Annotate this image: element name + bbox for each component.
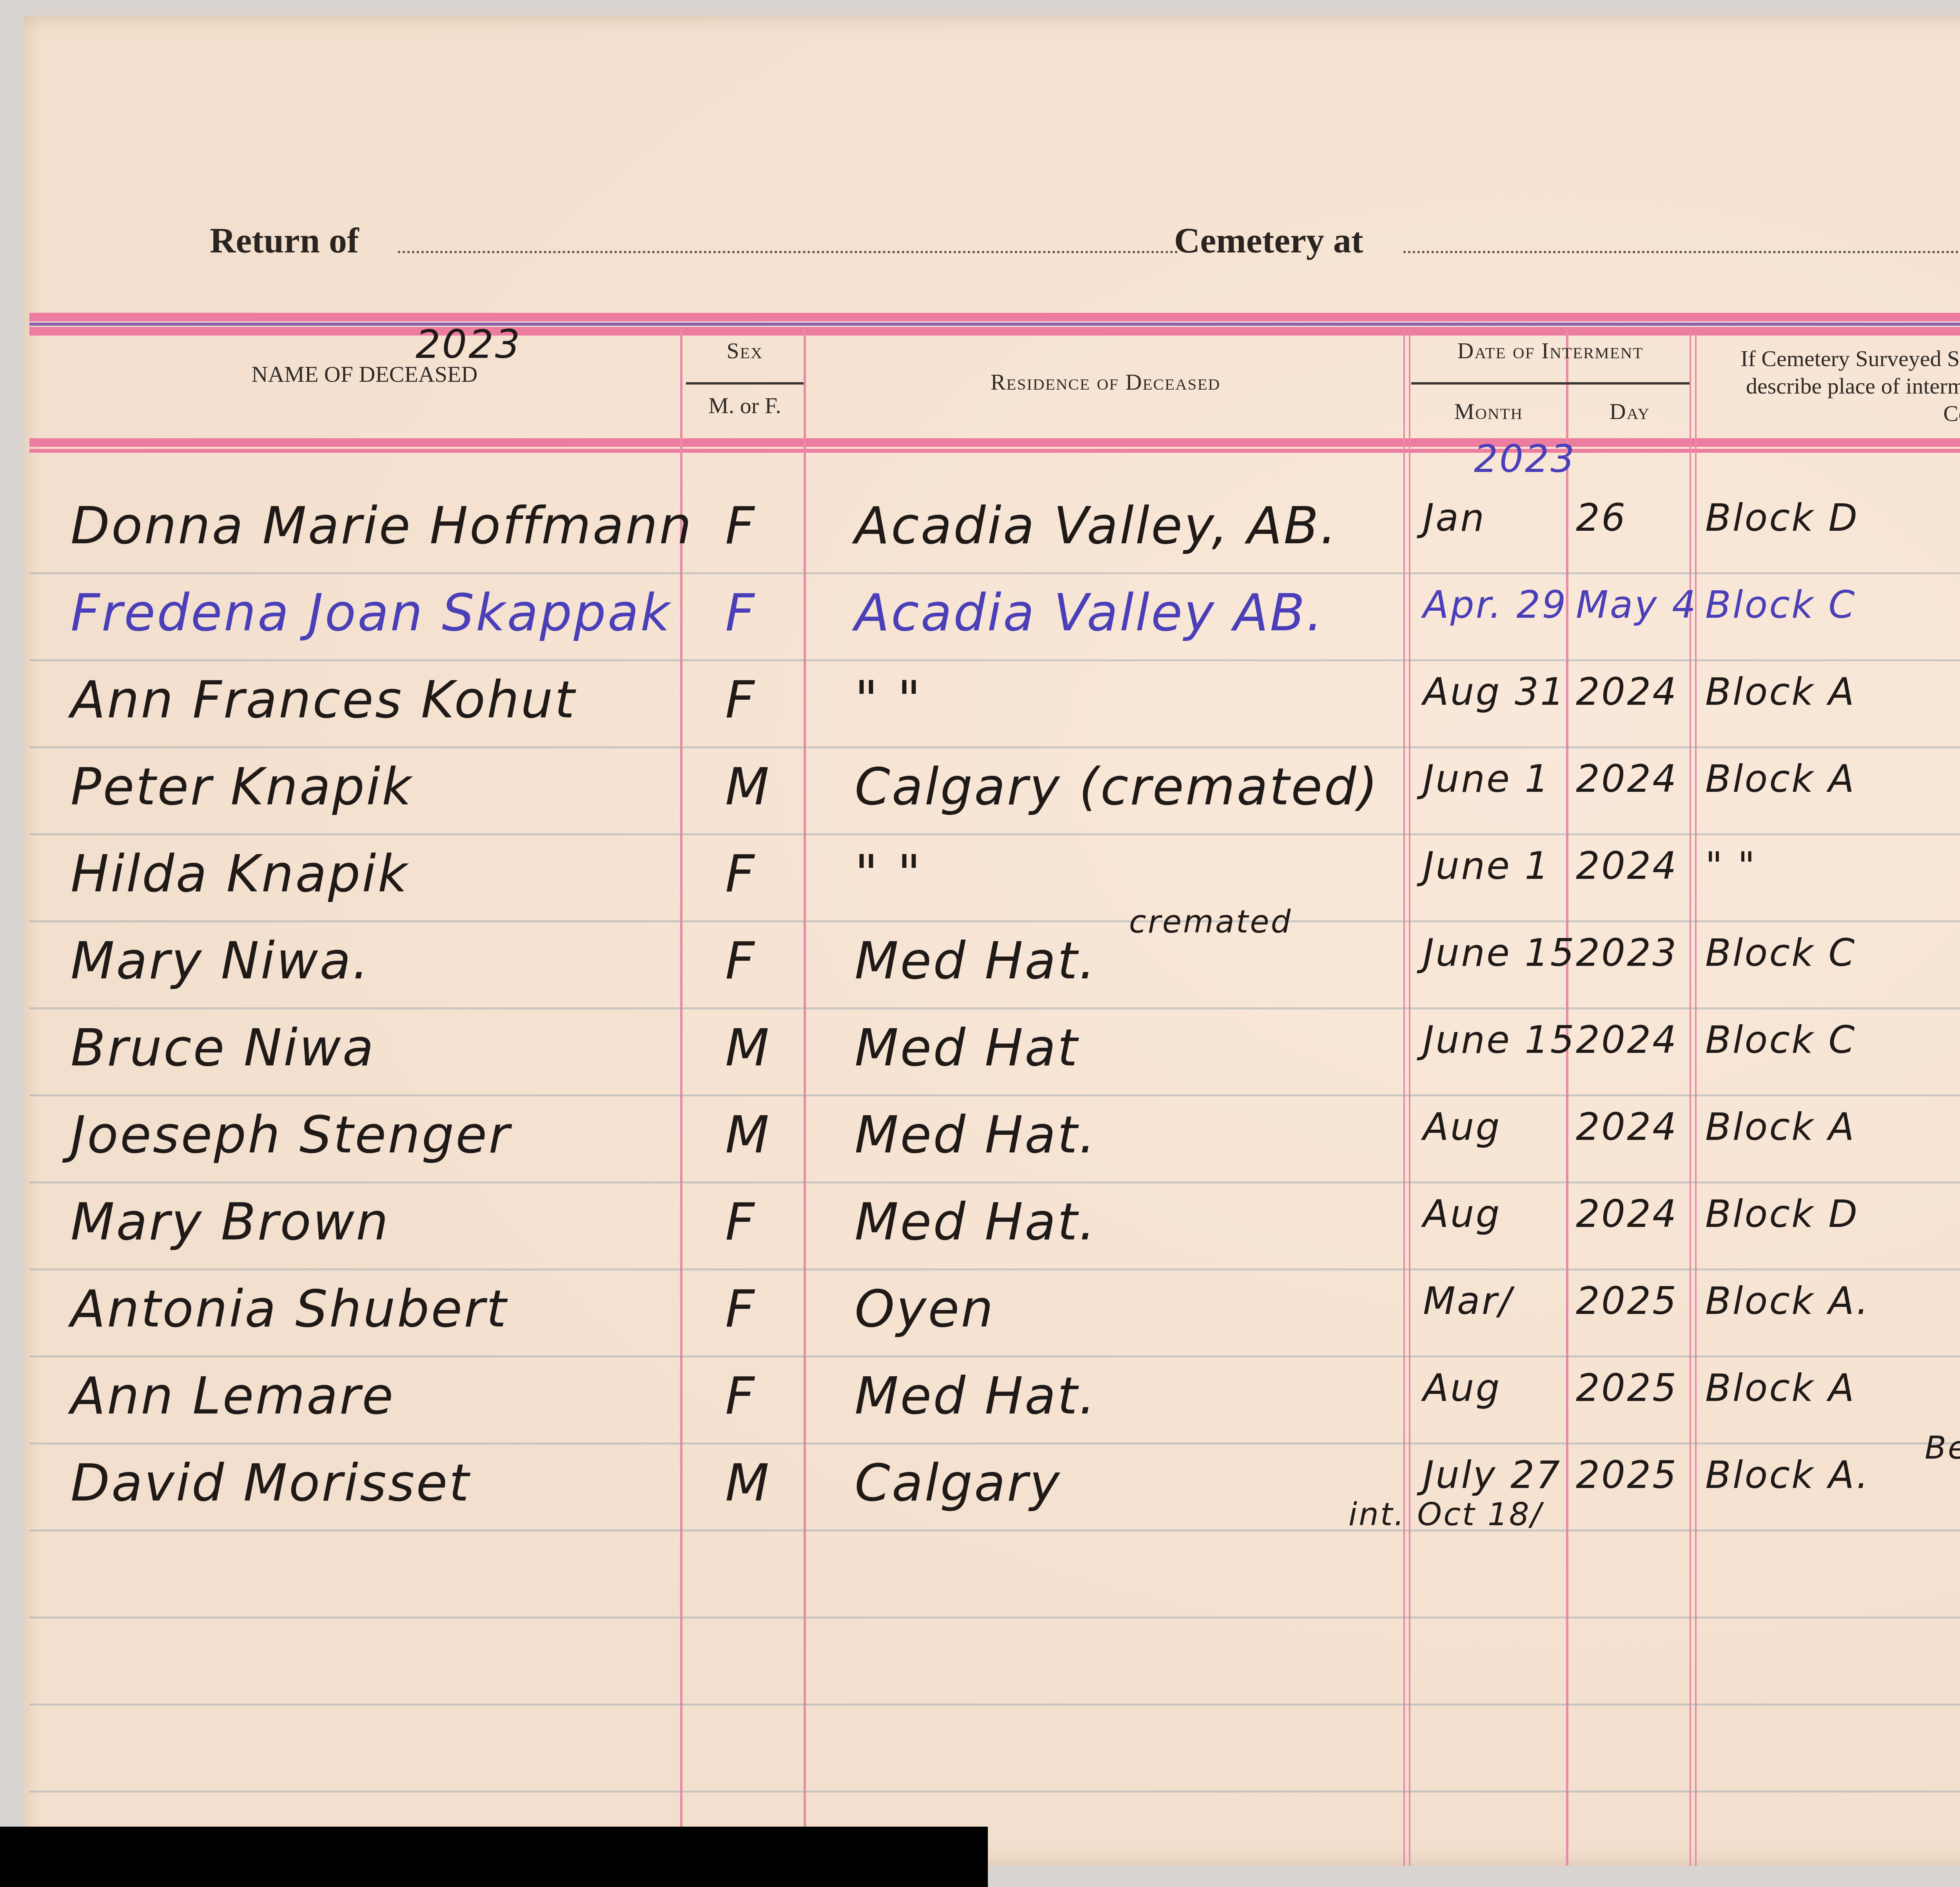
entry-month: Aug: [1423, 1105, 1501, 1149]
entry-block: Block A.: [1705, 1279, 1870, 1323]
entry-residence: Acadia Valley AB.: [855, 583, 1324, 642]
col-lot-heading: If Cemetery Surveyed State Number of Lot…: [1705, 345, 1960, 427]
form-title-line: Return of Cemetery at for Quarter ending…: [24, 212, 1960, 255]
return-of-label: Return of: [210, 220, 359, 261]
entry-month: June 15: [1423, 1018, 1576, 1062]
entry-month: Aug: [1423, 1366, 1501, 1410]
entry-block: Block D: [1705, 1192, 1859, 1236]
entry-block: Block A: [1705, 757, 1856, 801]
entry-name: Mary Niwa.: [71, 931, 370, 991]
entry-day: 2024: [1576, 1192, 1678, 1236]
entry-plot-note: Between: [1925, 1430, 1960, 1466]
writing-line: [29, 1704, 1960, 1706]
entry-residence: " ": [855, 844, 922, 904]
entry-sex: M: [725, 1018, 771, 1078]
entry-name: Joeseph Stenger: [71, 1105, 511, 1165]
rule-sex-residence: [804, 329, 806, 1866]
writing-line: [29, 1094, 1960, 1096]
entry-day: 2025: [1576, 1453, 1678, 1497]
entry-residence: Oyen: [855, 1279, 995, 1339]
entry-month: June 15: [1423, 931, 1576, 975]
entry-day: 2023: [1576, 931, 1678, 975]
writing-line: [29, 659, 1960, 661]
col-day-heading: Day: [1570, 398, 1690, 425]
date-year-note: 2023: [1474, 437, 1576, 481]
entry-day: 2024: [1576, 1105, 1678, 1149]
entry-sex: F: [725, 1192, 756, 1252]
redaction-bar: [0, 1827, 988, 1887]
entry-name: Ann Lemare: [71, 1366, 395, 1426]
entry-day: 2024: [1576, 1018, 1678, 1062]
rule-month-day: [1566, 329, 1568, 1866]
entry-sex: M: [725, 1105, 771, 1165]
header-top-rule: [29, 313, 1960, 321]
entry-block: Block A: [1705, 1105, 1856, 1149]
entry-name: Hilda Knapik: [71, 844, 409, 904]
entry-day: 2025: [1576, 1279, 1678, 1323]
entry-sex: F: [725, 931, 756, 991]
col-name-year-note: 2023: [416, 321, 522, 367]
entry-residence: Acadia Valley, AB.: [855, 496, 1338, 555]
entry-residence: Med Hat.: [855, 1105, 1097, 1165]
entry-residence: Calgary (cremated): [855, 757, 1379, 816]
entry-day: 2024: [1576, 670, 1678, 714]
rule-residence-date: [1403, 329, 1405, 1866]
cemetery-at-label: Cemetery at: [1174, 220, 1363, 261]
entry-month: July 27: [1423, 1453, 1561, 1497]
entry-month: June 1: [1423, 757, 1550, 801]
entry-sex: F: [725, 496, 756, 555]
header-bottom-rule-lower: [29, 449, 1960, 453]
entry-block: Block A: [1705, 670, 1856, 714]
entry-block: Block D: [1705, 496, 1859, 540]
entry-sex: M: [725, 757, 771, 816]
entry-month: Jan: [1423, 496, 1486, 540]
entry-sex: F: [725, 670, 756, 729]
entry-day: 26: [1576, 496, 1627, 540]
col-sex-subheading: M. or F.: [686, 392, 804, 419]
entry-name: Donna Marie Hoffmann: [71, 496, 693, 555]
writing-line: [29, 572, 1960, 574]
entry-residence: Med Hat.: [855, 931, 1097, 991]
writing-line: [29, 1442, 1960, 1444]
entry-name: Bruce Niwa: [71, 1018, 375, 1078]
col-date-heading: Date of Interment: [1411, 337, 1690, 365]
writing-line: [29, 1007, 1960, 1009]
entry-month: Aug 31: [1423, 670, 1566, 714]
writing-line: [29, 1530, 1960, 1531]
entry-sex: M: [725, 1453, 771, 1513]
col-residence-heading: Residence of Deceased: [811, 368, 1399, 396]
writing-line: [29, 1181, 1960, 1183]
entry-day: May 4: [1576, 583, 1697, 627]
entry-residence: Calgary: [855, 1453, 1061, 1513]
cemetery-at-blank: [1403, 251, 1960, 253]
header-top-rule-accent: [29, 323, 1960, 326]
entry-residence: Med Hat.: [855, 1366, 1097, 1426]
writing-line: [29, 746, 1960, 748]
entry-residence: " ": [855, 670, 922, 729]
col-date-subrule: [1411, 382, 1690, 385]
entry-month: Mar/: [1423, 1279, 1513, 1323]
header-top-rule-lower: [29, 327, 1960, 336]
entry-block: Block C: [1705, 1018, 1856, 1062]
entry-month: Aug: [1423, 1192, 1501, 1236]
entry-sex: F: [725, 1279, 756, 1339]
writing-line: [29, 1355, 1960, 1357]
entry-sex: F: [725, 583, 756, 642]
writing-line: [29, 1791, 1960, 1793]
entry-day: 2024: [1576, 757, 1678, 801]
entry-name: Ann Frances Kohut: [71, 670, 576, 729]
entry-month: June 1: [1423, 844, 1550, 888]
entry-block: Block C: [1705, 583, 1856, 627]
entry-block: " ": [1705, 844, 1757, 888]
entry-name: Fredena Joan Skappak: [71, 583, 671, 642]
writing-line: [29, 1617, 1960, 1618]
writing-line: [29, 1268, 1960, 1270]
entry-block: Block A: [1705, 1366, 1856, 1410]
entry-month: Apr. 29: [1423, 583, 1567, 627]
entry-name: David Morisset: [71, 1453, 470, 1513]
entry-month-note: int. Oct 18/: [1348, 1496, 1543, 1533]
entry-name: Antonia Shubert: [71, 1279, 508, 1339]
entry-residence: Med Hat: [855, 1018, 1079, 1078]
entry-residence: Med Hat.: [855, 1192, 1097, 1252]
entry-name: Mary Brown: [71, 1192, 390, 1252]
col-name-heading: NAME OF DECEASED: [71, 361, 659, 388]
header-bottom-rule: [29, 438, 1960, 447]
entry-residence-note: cremated: [1129, 904, 1292, 940]
col-month-heading: Month: [1411, 398, 1566, 425]
col-sex-subrule: [686, 382, 804, 385]
entry-day: 2024: [1576, 844, 1678, 888]
register-page: Return of Cemetery at for Quarter ending…: [24, 16, 1960, 1866]
return-of-blank: [398, 251, 1178, 253]
writing-line: [29, 920, 1960, 922]
entry-block: Block C: [1705, 931, 1856, 975]
col-sex-heading: Sex: [686, 337, 804, 365]
entry-name: Peter Knapik: [71, 757, 413, 816]
writing-line: [29, 833, 1960, 835]
entry-sex: F: [725, 1366, 756, 1426]
entry-day: 2025: [1576, 1366, 1678, 1410]
rule-name-sex: [680, 329, 682, 1866]
entry-block: Block A.: [1705, 1453, 1870, 1497]
rule-date-lot: [1690, 329, 1691, 1866]
entry-sex: F: [725, 844, 756, 904]
